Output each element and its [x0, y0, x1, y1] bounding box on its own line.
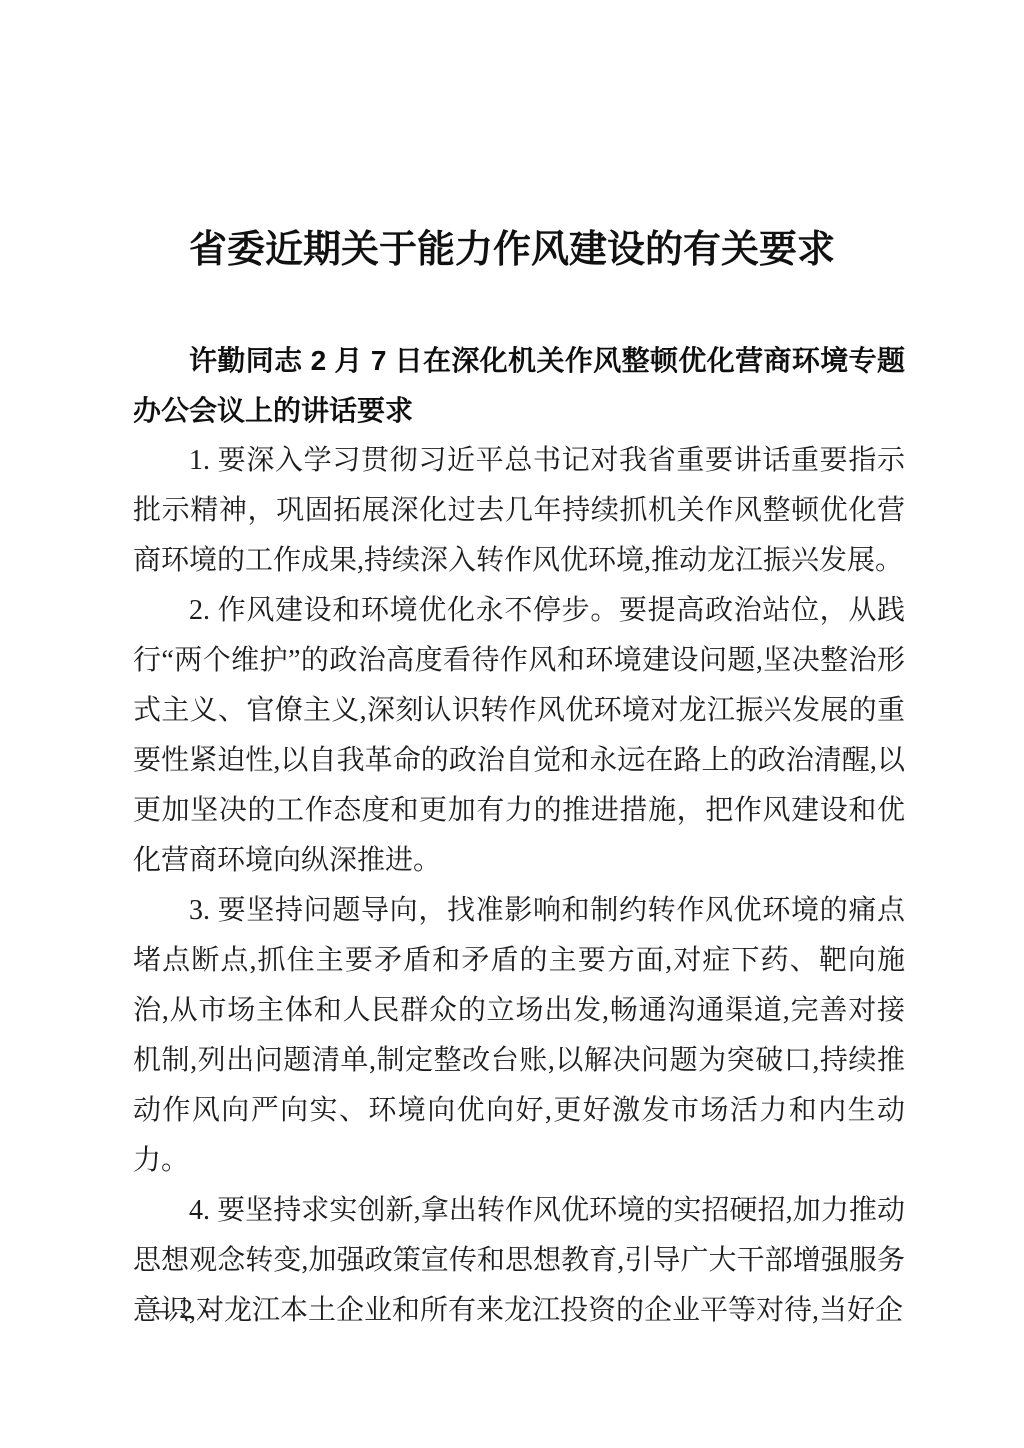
paragraph-4: 4. 要坚持求实创新,拿出转作风优环境的实招硬招,加力推动思想观念转变,加强政策…: [133, 1186, 905, 1336]
document-title: 省委近期关于能力作风建设的有关要求: [0, 226, 1024, 274]
speech-heading: 许勤同志 2 月 7 日在深化机关作风整顿优化营商环境专题办公会议上的讲话要求: [133, 336, 905, 436]
document-body: 许勤同志 2 月 7 日在深化机关作风整顿优化营商环境专题办公会议上的讲话要求 …: [133, 336, 905, 1336]
paragraph-2: 2. 作风建设和环境优化永不停步。要提高政治站位，从践行“两个维护”的政治高度看…: [133, 586, 905, 886]
paragraph-3: 3. 要坚持问题导向，找准影响和制约转作风优环境的痛点堵点断点,抓住主要矛盾和矛…: [133, 886, 905, 1186]
paragraph-1: 1. 要深入学习贯彻习近平总书记对我省重要讲话重要指示批示精神，巩固拓展深化过去…: [133, 436, 905, 586]
page-number: – 2 –: [155, 1292, 219, 1326]
document-page: 省委近期关于能力作风建设的有关要求 许勤同志 2 月 7 日在深化机关作风整顿优…: [0, 0, 1024, 1448]
